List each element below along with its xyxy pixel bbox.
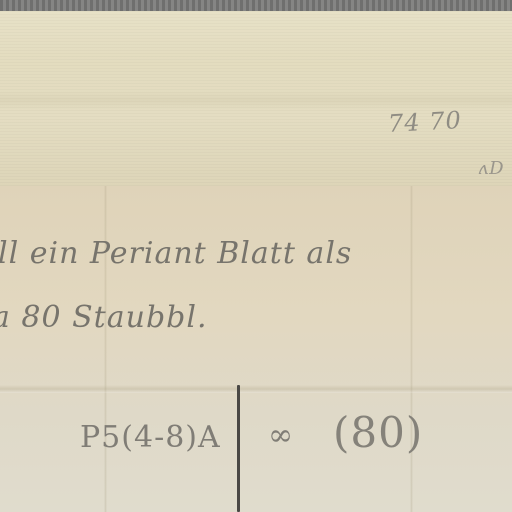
vertical-fold <box>410 186 413 512</box>
paper-sheet <box>0 186 512 512</box>
horizontal-fold <box>0 385 512 393</box>
handwritten-line-1: ll ein Periant Blatt als <box>0 236 352 271</box>
handwritten-line-2: a 80 Staubbl. <box>0 300 208 335</box>
strip-pencil-note: 74 70 <box>387 106 462 138</box>
strip-corner-mark: ʌD <box>478 158 505 179</box>
bracketed-number: (80) <box>333 408 423 457</box>
ink-divider-line <box>237 385 240 512</box>
catalog-number: P5(4-8)A <box>80 420 221 455</box>
infinity-symbol: ∞ <box>268 418 294 453</box>
vertical-fold <box>104 186 107 512</box>
